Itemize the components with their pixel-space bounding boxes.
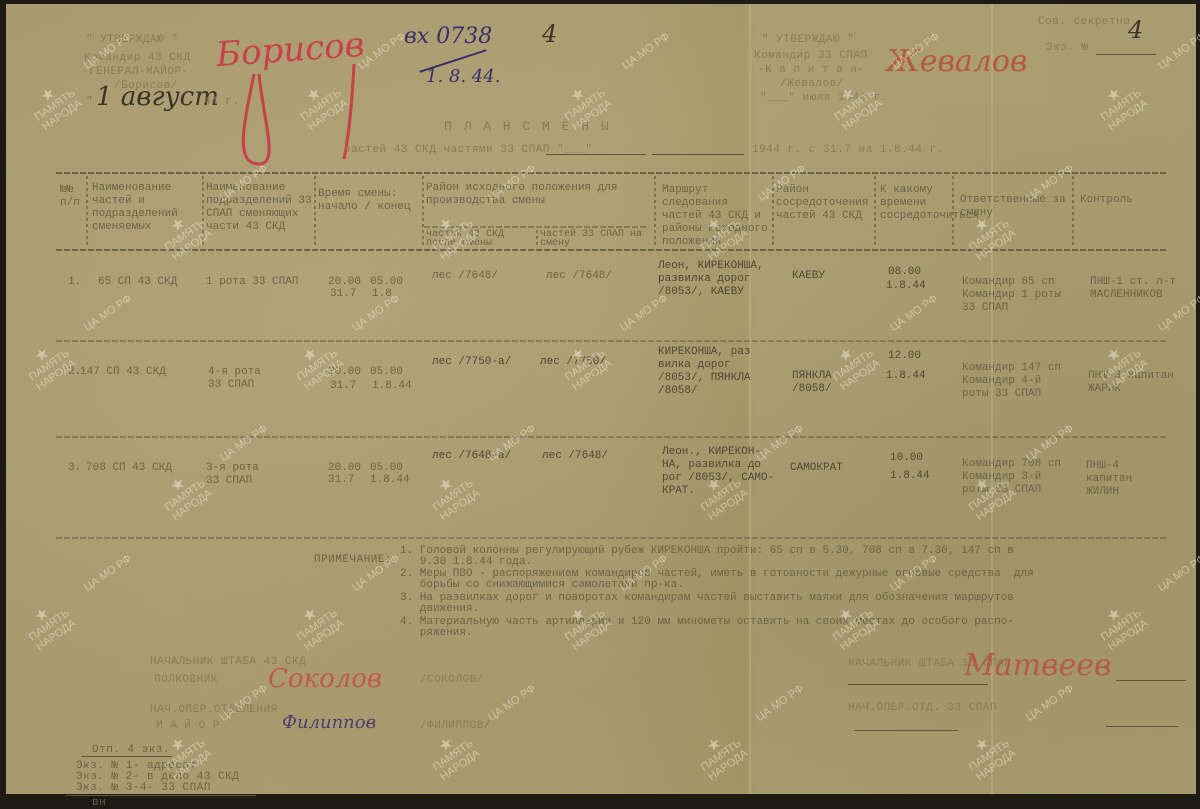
registry-number: вх 0738 — [404, 24, 492, 49]
sig-left-signature2: Филиппов — [282, 712, 376, 733]
watermark-pamyat: ★ПАМЯТЬНАРОДА — [424, 727, 483, 783]
column-divider — [314, 176, 316, 248]
watermark-pamyat: ★ПАМЯТЬНАРОДА — [556, 337, 615, 393]
sig-left-title2: ПОЛКОВНИК — [154, 674, 218, 687]
row-by-date: 1.8.44 — [886, 280, 926, 293]
table-bottom-border — [56, 537, 1166, 539]
row-by-date: 1.8.44 — [886, 370, 926, 383]
column-divider — [86, 176, 88, 248]
registry-date: 1. 8. 44. — [426, 66, 500, 87]
watermark-tsamo: ЦА МО РФ — [1024, 683, 1076, 724]
row-replacing: 1 рота 33 СПАП — [206, 276, 298, 289]
watermark-pamyat: ★ПАМЯТЬНАРОДА — [424, 207, 483, 263]
watermark-pamyat: ★ПАМЯТЬНАРОДА — [960, 727, 1019, 783]
row-date-start: 31.7 — [330, 380, 356, 393]
watermark-tsamo: ЦА МО РФ — [486, 423, 538, 464]
watermark-pamyat: ★ПАМЯТЬНАРОДА — [20, 597, 79, 653]
sig-right-underline — [1116, 680, 1186, 681]
watermark-tsamo: ЦА МО РФ — [888, 293, 940, 334]
row-replacing: 4-я рота 33 СПАП — [208, 366, 261, 392]
column-divider — [1072, 176, 1074, 248]
header-time: Время смены: начало / конец — [318, 188, 420, 214]
fold-crease — [749, 4, 751, 794]
row-route: Леон, КИРЕКОНША, развилка дорог /8053/, … — [658, 260, 764, 299]
watermark-pamyat: ★ПАМЯТЬНАРОДА — [692, 727, 751, 783]
watermark-tsamo: ЦА МО РФ — [218, 423, 270, 464]
row-by-date: 1.8.44 — [890, 470, 930, 483]
row-responsible: Командир 65 сп Командир 1 роты 33 СПАП — [962, 276, 1061, 315]
row-date-start: 31.7 — [328, 474, 354, 487]
copy-number-underline — [1096, 54, 1156, 55]
watermark-pamyat: ★ПАМЯТЬНАРОДА — [1092, 597, 1151, 653]
watermark-pamyat: ★ПАМЯТЬНАРОДА — [288, 597, 347, 653]
row-area-for: лес /7648/ — [542, 450, 608, 463]
column-divider — [422, 176, 424, 248]
row-date-end: 1.8.44 — [372, 380, 412, 393]
copy-hand-number: 4 — [542, 20, 557, 48]
subtitle-underline — [546, 154, 646, 155]
row-replacing: 3-я рота 33 СПАП — [206, 462, 259, 488]
column-divider — [654, 176, 656, 248]
row-unit: 147 СП 43 СКД — [80, 366, 166, 379]
watermark-pamyat: ★ПАМЯТЬНАРОДА — [824, 337, 883, 393]
subtitle-underline — [652, 154, 744, 155]
header-concentration: Район сосредоточения частей 43 СКД — [776, 184, 872, 223]
row-by-time: 08.00 — [888, 266, 921, 279]
watermark-tsamo: ЦА МО РФ — [1156, 31, 1200, 72]
header-control: Контроль — [1080, 194, 1133, 207]
sig-left-signature1: Соколов — [268, 664, 382, 694]
approve-right-line1: " УТВЕРЖДАЮ " — [762, 34, 854, 47]
row-concentration: САМОКРАТ — [790, 462, 843, 475]
table-top-border — [56, 172, 1166, 174]
distribution-line: Экз. № 3-4- 33 СПАП — [76, 782, 211, 795]
row-control: ПНШ-4 капитан ЖИЛИН — [1086, 460, 1132, 499]
watermark-pamyat: ★ПАМЯТЬНАРОДА — [1092, 77, 1151, 133]
header-responsible: Ответственные за смену — [960, 194, 1070, 220]
watermark-tsamo: ЦА МО РФ — [82, 553, 134, 594]
watermark-pamyat: ★ПАМЯТЬНАРОДА — [556, 597, 615, 653]
row-time-end: 05.00 — [370, 366, 403, 379]
approve-left-line3: -ГЕНЕРАЛ-МАЙОР- — [82, 66, 189, 79]
row-date-start: 31.7 — [330, 288, 356, 301]
distribution-footer: вн — [92, 797, 106, 809]
row-num: 3. — [68, 462, 81, 475]
approve-left-date-handwritten: 1 август — [96, 82, 219, 112]
note-line: 9.30 1.8.44 года. — [400, 557, 532, 568]
copy-number-label: Экз. № — [1046, 42, 1089, 55]
row-area-for: лес /7648/ — [546, 270, 612, 283]
row-route: КИРЕКОНША, раз вилка дорог /8053/, ПЯНКЛ… — [658, 346, 750, 398]
sig-right-underline — [1106, 726, 1178, 727]
watermark-tsamo: ЦА МО РФ — [82, 293, 134, 334]
approve-left-date-prefix: " — [86, 96, 93, 109]
sig-right-title2: НАЧ.ОПЕР.ОТД. 33 СПАП — [848, 702, 997, 715]
watermark-tsamo: ЦА МО РФ — [620, 31, 672, 72]
watermark-pamyat: ★ПАМЯТЬНАРОДА — [824, 597, 883, 653]
row-by-time: 10.00 — [890, 452, 923, 465]
row-area-after: лес /7648/ — [432, 270, 498, 283]
watermark-tsamo: ЦА МО РФ — [1156, 553, 1200, 594]
document-subtitle-right: 1944 г. с 31.7 на 1.8.44 г. — [752, 144, 944, 157]
distribution-underline — [66, 795, 256, 796]
sig-right-underline — [854, 730, 958, 731]
watermark-tsamo: ЦА МО РФ — [754, 683, 806, 724]
header-area: Район исходного положения для производст… — [426, 182, 652, 208]
header-area-for: частей 33 СПАП на смену — [540, 230, 652, 248]
column-divider — [874, 176, 876, 248]
row-unit: 65 СП 43 СКД — [98, 276, 177, 289]
watermark-tsamo: ЦА МО РФ — [618, 293, 670, 334]
note-line: 4. Материальную часть артиллерии и 120 м… — [400, 617, 1014, 628]
column-divider — [536, 230, 538, 248]
note-line: 3. На развилках дорог и поворотах команд… — [400, 593, 1014, 604]
table-row-divider — [56, 340, 1166, 342]
watermark-pamyat: ★ПАМЯТЬНАРОДА — [26, 77, 85, 133]
header-num: №№ п/п — [60, 184, 84, 210]
note-line: движения. — [400, 604, 479, 615]
row-responsible: Командир 147 сп Командир 4-й роты 33 СПА… — [962, 362, 1061, 401]
note-line: ряжения. — [400, 628, 473, 639]
header-by-time: К какому времени сосредоточиться — [880, 184, 950, 223]
document-subtitle-left: частей 43 СКД частями 33 СПАП "___" — [344, 144, 593, 157]
signature-stroke — [234, 64, 364, 174]
approve-right-line2: Командир 33 СПАП — [754, 50, 868, 63]
watermark-tsamo: ЦА МО РФ — [754, 423, 806, 464]
row-num: 1. — [68, 276, 81, 289]
row-area-after: лес /7750-а/ — [432, 356, 511, 369]
row-concentration: ПЯНКЛА /8058/ — [792, 370, 832, 396]
sig-right-underline — [848, 684, 988, 685]
approve-right-line4: /Жевалов/ — [780, 78, 844, 91]
approve-right-line3: -К а п и т а н- — [758, 64, 865, 77]
copy-number-handwritten: 4 — [1128, 16, 1143, 44]
row-by-time: 12.00 — [888, 350, 921, 363]
row-control: ПНШ-1 ст. л-т МАСЛЕННИКОВ — [1090, 276, 1176, 302]
watermark-pamyat: ★ПАМЯТЬНАРОДА — [20, 337, 79, 393]
row-date-end: 1.8.44 — [370, 474, 410, 487]
watermark-tsamo: ЦА МО РФ — [486, 683, 538, 724]
secrecy-label: Сов. секретно — [1038, 16, 1130, 29]
row-unit: 708 СП 43 СКД — [86, 462, 172, 475]
sig-left-name1: /СОКОЛОВ/ — [420, 674, 484, 687]
watermark-pamyat: ★ПАМЯТЬНАРОДА — [424, 467, 483, 523]
document-page: " УТВЕРЖДАЮ " Командир 43 СКД -ГЕНЕРАЛ-М… — [6, 4, 1196, 794]
row-concentration: КАЕВУ — [792, 270, 825, 283]
sig-left-title3: НАЧ.ОПЕР.ОТДЕЛЕНИЯ — [150, 704, 278, 717]
sig-right-signature: Матвеев — [964, 648, 1111, 683]
table-row-divider — [56, 436, 1166, 438]
